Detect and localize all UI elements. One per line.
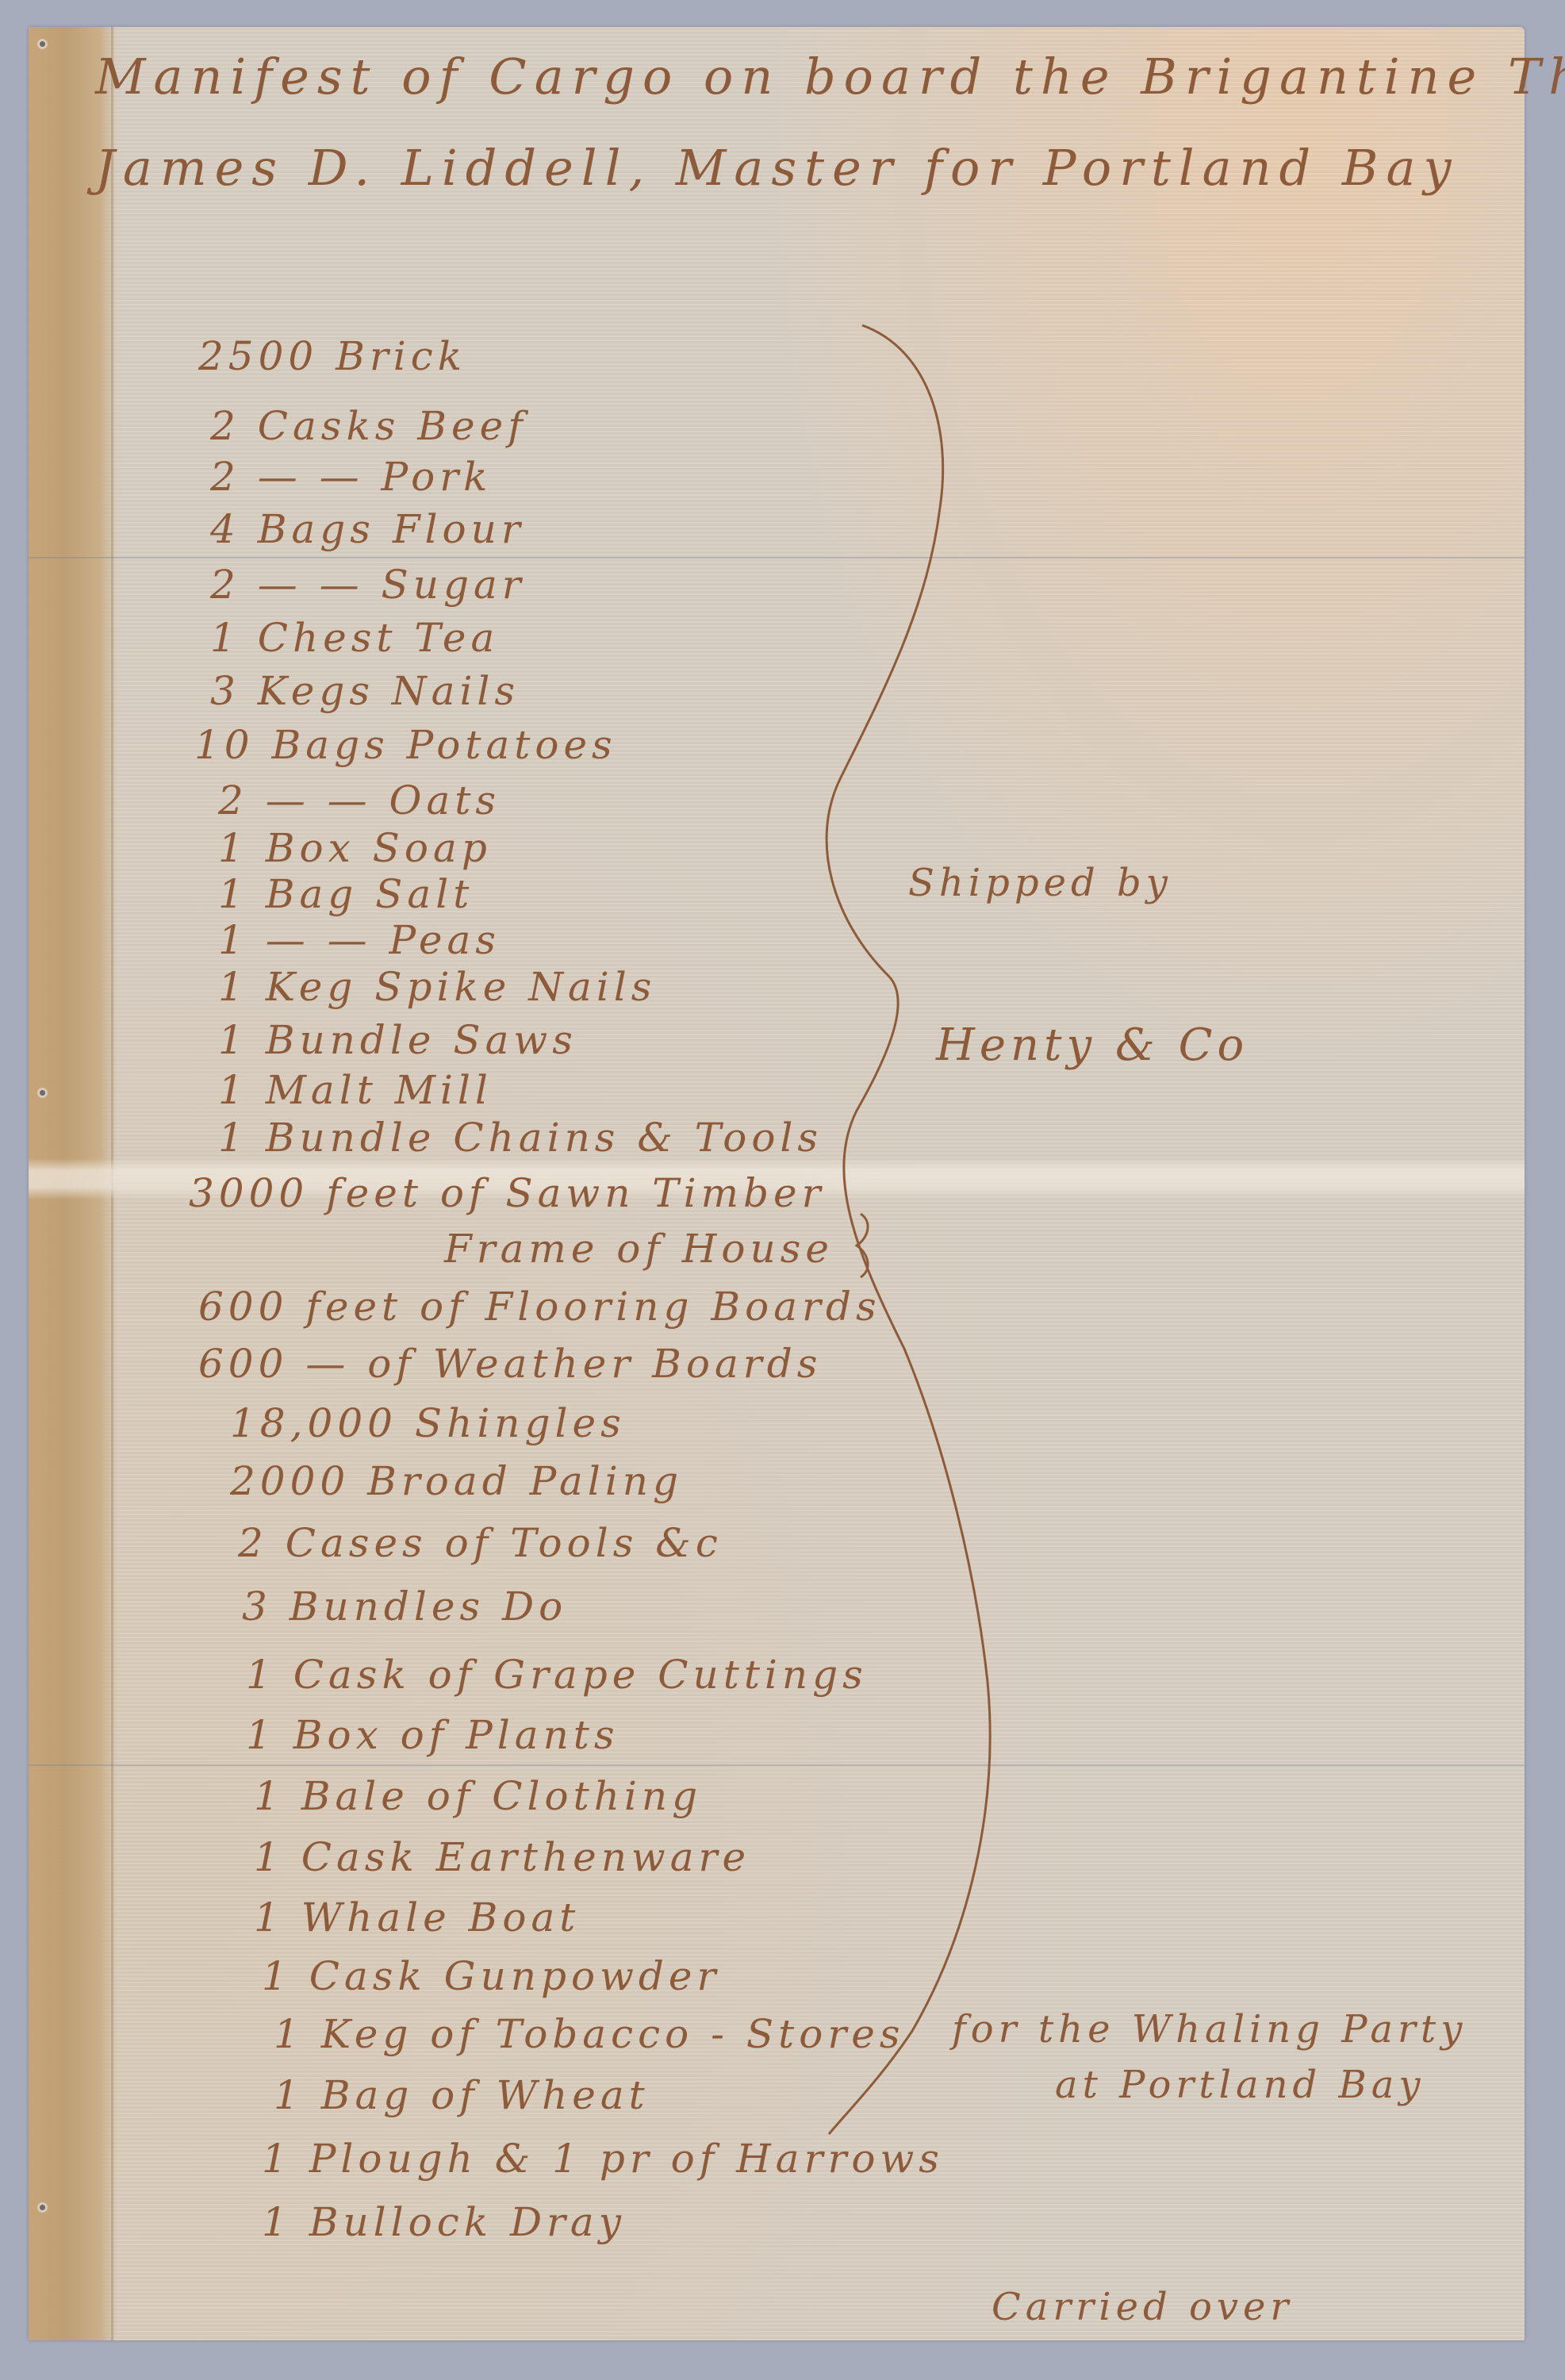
- pin-hole: [40, 1090, 45, 1096]
- list-item: 2 Casks Beef: [210, 403, 527, 449]
- fold-line: [29, 1764, 1525, 1766]
- whaling-note-line1: for the Whaling Party: [952, 2007, 1467, 2052]
- carried-over-note: Carried over: [992, 2285, 1293, 2329]
- shipper-name: Henty & Co: [936, 1019, 1249, 1071]
- list-item: 2 — — Pork: [210, 454, 492, 500]
- list-item: 1 Keg of Tobacco - Stores: [274, 2011, 905, 2057]
- title-line-2: James D. Liddell, Master for Portland Ba…: [95, 139, 1459, 197]
- list-item: 1 Cask of Grape Cuttings: [246, 1652, 868, 1698]
- pin-hole: [40, 41, 45, 47]
- list-item: 2 Cases of Tools &c: [238, 1520, 723, 1566]
- list-item: 3000 feet of Sawn Timber: [189, 1170, 826, 1216]
- whaling-note-line2: at Portland Bay: [1055, 2063, 1425, 2107]
- list-item: 1 Bag of Wheat: [274, 2072, 650, 2118]
- list-item: 1 Box of Plants: [246, 1712, 619, 1758]
- list-item: 1 — — Peas: [218, 917, 501, 963]
- list-item: 2000 Broad Paling: [230, 1458, 683, 1504]
- list-item: 2500 Brick: [198, 333, 466, 379]
- list-item: 1 Bundle Chains & Tools: [218, 1115, 823, 1161]
- list-item: 1 Bag Salt: [218, 871, 474, 917]
- list-item: 3 Kegs Nails: [210, 668, 520, 714]
- list-item: 600 feet of Flooring Boards: [198, 1284, 881, 1330]
- list-item: 1 Bundle Saws: [218, 1017, 577, 1063]
- list-item: 1 Keg Spike Nails: [218, 964, 656, 1010]
- list-item: 10 Bags Potatoes: [194, 722, 617, 768]
- list-item: 18,000 Shingles: [230, 1400, 626, 1446]
- list-item: 1 Box Soap: [218, 825, 492, 871]
- list-item: 1 Cask Gunpowder: [262, 1953, 720, 1999]
- list-item: 1 Chest Tea: [210, 615, 499, 661]
- title-line-1: Manifest of Cargo on board the Brigantin…: [95, 48, 1565, 106]
- list-item: 1 Bullock Dray: [262, 2199, 626, 2245]
- list-item: 4 Bags Flour: [210, 506, 525, 552]
- fold-line: [29, 557, 1525, 559]
- list-item: 1 Plough & 1 pr of Harrows: [262, 2136, 944, 2182]
- list-item: 600 — of Weather Boards: [198, 1341, 822, 1387]
- list-item: 2 — — Oats: [218, 777, 501, 823]
- list-item: 1 Malt Mill: [218, 1067, 493, 1113]
- list-item: 2 — — Sugar: [210, 562, 526, 608]
- list-item: 3 Bundles Do: [242, 1583, 567, 1630]
- pin-hole: [40, 2205, 45, 2210]
- list-item: 1 Whale Boat: [254, 1894, 580, 1940]
- list-item: 1 Cask Earthenware: [254, 1834, 750, 1880]
- list-item: Frame of House: [444, 1226, 834, 1272]
- shipped-by-label: Shipped by: [908, 861, 1172, 905]
- list-item: 1 Bale of Clothing: [254, 1773, 702, 1819]
